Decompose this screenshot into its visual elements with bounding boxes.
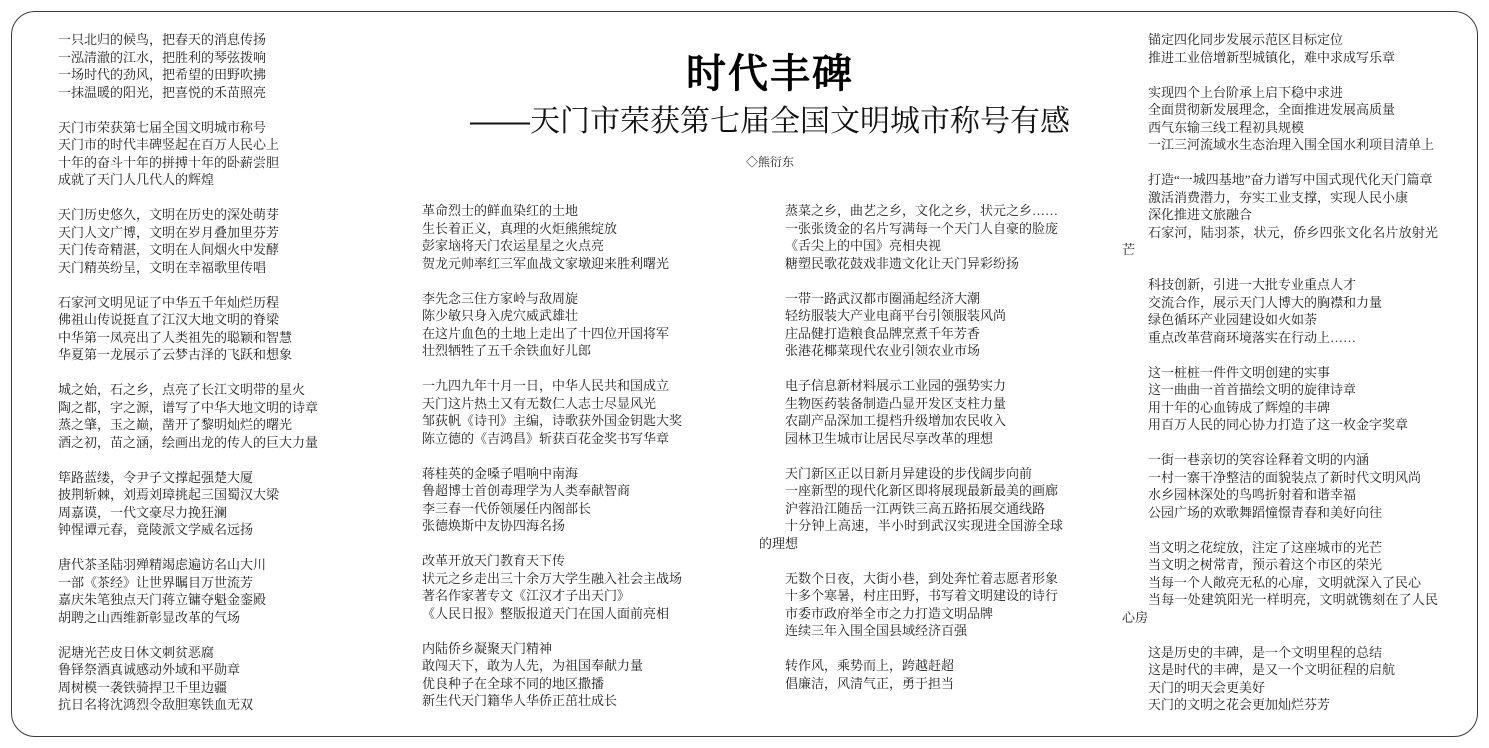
poem-line: 公园广场的欢歌舞蹈憧憬青春和美好向往 [1122, 504, 1438, 522]
poem-line: 一村一寨干净整洁的面貌装点了新时代文明风尚 [1122, 469, 1438, 487]
poem-line: 水乡园林深处的鸟鸣折射着和谐幸福 [1122, 486, 1438, 504]
poem-line: 天门的文明之花会更加灿烂芬芳 [1122, 696, 1438, 714]
poem-line: 当文明之花绽放，注定了这座城市的光芒 [1122, 539, 1438, 557]
stanza: 一带一路武汉都市圈涌起经济大潮轻纺服装大产业电商平台引领服装风尚庄品健打造粮食品… [759, 290, 1063, 360]
poem-line: 《舌尖上的中国》亮相央视 [759, 237, 1063, 255]
stanza: 锚定四化同步发展示范区目标定位推进工业倍增新型城镇化，难中求成写乐章 [1122, 31, 1438, 66]
poem-line: 新生代天门籍华人华侨正茁壮成长 [396, 692, 688, 710]
poem-line: 一部《茶经》让世界瞩目万世流芳 [32, 574, 328, 592]
poem-line: 园林卫生城市让居民尽享改革的理想 [759, 430, 1063, 448]
stanza: 科技创新，引进一大批专业重点人才交流合作，展示天门人博大的胸襟和力量绿色循环产业… [1122, 276, 1438, 346]
stanza: 电子信息新材料展示工业园的强势实力生物医药装备制造凸显开发区支柱力量农副产品深加… [759, 377, 1063, 447]
poem-line: 壮烈牺牲了五千余铁血好儿郎 [396, 342, 688, 360]
stanza: 无数个日夜，大街小巷，到处奔忙着志愿者形象十多个寒暑，村庄田野，书写着文明建设的… [759, 570, 1063, 640]
stanza: 天门市荣获第七届全国文明城市称号天门市的时代丰碑竖起在百万人民心上十年的奋斗十年… [32, 119, 328, 189]
stanza: 筚路蓝缕，令尹子文撑起强楚大厦披荆斩棘，刘焉刘璋挑起三国蜀汉大梁周嘉谟，一代文豪… [32, 469, 328, 539]
poem-subtitle: ——天门市荣获第七届全国文明城市称号有感 [415, 105, 1125, 140]
poem-line: 贺龙元帅率红三军血战文家墩迎来胜利曙光 [396, 255, 688, 273]
poem-line: 用百万人民的同心协力打造了这一枚金字奖章 [1122, 416, 1438, 434]
poem-line: 一泓清澈的江水，把胜利的琴弦拨响 [32, 49, 328, 67]
poem-line: 天门精英纷呈，文明在幸福歌里传唱 [32, 259, 328, 277]
poem-line: 这是历史的丰碑，是一个文明里程的总结 [1122, 644, 1438, 662]
poem-line: 天门新区正以日新月异建设的步伐阔步向前 [759, 465, 1063, 483]
poem-line: 庄品健打造粮食品牌烹煮千年芳香 [759, 325, 1063, 343]
poem-line: 农副产品深加工提档升级增加农民收入 [759, 412, 1063, 430]
stanza: 唐代茶圣陆羽殚精竭虑遍访名山大川一部《茶经》让世界瞩目万世流芳嘉庆朱笔独点天门蒋… [32, 556, 328, 626]
poem-line: 倡廉洁，风清气正，勇于担当 [759, 675, 1063, 693]
poem-line: 佛祖山传说挺直了江汉大地文明的脊梁 [32, 311, 328, 329]
poem-line: 十年的奋斗十年的拼搏十年的卧薪尝胆 [32, 154, 328, 172]
poem-line: 石家河，陆羽茶，状元，侨乡四张文化名片放射光芒 [1122, 224, 1438, 259]
poem-line: 《人民日报》整版报道天门在国人面前亮相 [396, 605, 688, 623]
poem-line: 天门市的时代丰碑竖起在百万人民心上 [32, 136, 328, 154]
poem-line: 天门人文广博，文明在岁月叠加里芬芳 [32, 224, 328, 242]
poem-header: 时代丰碑 ——天门市荣获第七届全国文明城市称号有感 ◇熊衍东 [415, 52, 1125, 170]
stanza: 泥塘光芒皮日休文刺贫恶腐鲁铎祭酒真诚感动外域和平勋章周树模一袭铁骑捍卫千里边疆抗… [32, 644, 328, 714]
stanza: 实现四个上台阶承上启下稳中求进全面贯彻新发展理念，全面推进发展高质量西气东输三线… [1122, 84, 1438, 154]
poem-line: 周树模一袭铁骑捍卫千里边疆 [32, 679, 328, 697]
poem-line: 无数个日夜，大街小巷，到处奔忙着志愿者形象 [759, 570, 1063, 588]
stanza: 蒸菜之乡，曲艺之乡，文化之乡，状元之乡……一张张烫金的名片写满每一个天门人自豪的… [759, 202, 1063, 272]
poem-line: 筚路蓝缕，令尹子文撑起强楚大厦 [32, 469, 328, 487]
stanza: 一九四九年十月一日，中华人民共和国成立天门这片热土又有无数仁人志士尽显风光邹荻帆… [396, 377, 688, 447]
poem-line: 城之始，石之乡，点亮了长江文明带的星火 [32, 381, 328, 399]
poem-line: 蒸菜之乡，曲艺之乡，文化之乡，状元之乡…… [759, 202, 1063, 220]
stanza: 当文明之花绽放，注定了这座城市的光芒当文明之树常青，预示着这个市区的荣光当每一个… [1122, 539, 1438, 627]
poem-line: 天门市荣获第七届全国文明城市称号 [32, 119, 328, 137]
poem-line: 李先念三住方家岭与敌周旋 [396, 290, 688, 308]
poem-line: 抗日名将沈鸿烈令敌胆寒铁血无双 [32, 696, 328, 714]
poem-line: 当每一个人敞亮无私的心扉，文明就深入了民心 [1122, 574, 1438, 592]
poem-line: 张港花椰菜现代农业引领农业市场 [759, 342, 1063, 360]
poem-line: 陈立德的《吉鸿昌》斩获百花金奖书写华章 [396, 430, 688, 448]
newspaper-poem-page: 时代丰碑 ——天门市荣获第七届全国文明城市称号有感 ◇熊衍东 一只北归的候鸟，把… [0, 0, 1489, 748]
poem-column-4: 锚定四化同步发展示范区目标定位推进工业倍增新型城镇化，难中求成写乐章实现四个上台… [1122, 31, 1438, 714]
poem-line: 一抹温暖的阳光，把喜悦的禾苗照亮 [32, 84, 328, 102]
poem-line: 蒋桂英的金嗓子唱响中南海 [396, 465, 688, 483]
poem-line: 糖塑民歌花鼓戏非遗文化让天门异彩纷扬 [759, 255, 1063, 273]
stanza: 一只北归的候鸟，把春天的消息传扬一泓清澈的江水，把胜利的琴弦拨响一场时代的劲风，… [32, 31, 328, 101]
poem-line: 连续三年入围全国县域经济百强 [759, 622, 1063, 640]
poem-author: ◇熊衍东 [415, 153, 1125, 170]
stanza: 李先念三住方家岭与敌周旋陈少敏只身入虎穴威武雄壮在这片血色的土地上走出了十四位开… [396, 290, 688, 360]
poem-line: 周嘉谟，一代文豪尽力挽狂澜 [32, 504, 328, 522]
poem-line: 一带一路武汉都市圈涌起经济大潮 [759, 290, 1063, 308]
poem-line: 市委市政府举全市之力打造文明品牌 [759, 605, 1063, 623]
stanza: 转作风，乘势而上，跨越赶超倡廉洁，风清气正，勇于担当 [759, 657, 1063, 692]
poem-column-1: 一只北归的候鸟，把春天的消息传扬一泓清澈的江水，把胜利的琴弦拨响一场时代的劲风，… [32, 31, 328, 714]
poem-line: 鲁超博士首创毒理学为人类奉献智商 [396, 482, 688, 500]
poem-line: 打造“一城四基地”奋力谱写中国式现代化天门篇章 [1122, 171, 1438, 189]
poem-line: 绿色循环产业园建设如火如荼 [1122, 311, 1438, 329]
stanza: 这是历史的丰碑，是一个文明里程的总结这是时代的丰碑，是又一个文明征程的启航天门的… [1122, 644, 1438, 714]
stanza: 天门历史悠久，文明在历史的深处萌芽天门人文广博，文明在岁月叠加里芬芳天门传奇精湛… [32, 206, 328, 276]
poem-line: 天门这片热土又有无数仁人志士尽显风光 [396, 395, 688, 413]
stanza: 改革开放天门教育天下传状元之乡走出三十余万大学生融入社会主战场著名作家著专文《江… [396, 552, 688, 622]
poem-line: 革命烈士的鲜血染红的土地 [396, 202, 688, 220]
poem-line: 一场时代的劲风，把希望的田野吹拂 [32, 66, 328, 84]
poem-line: 生长着正义，真理的火炬熊熊绽放 [396, 220, 688, 238]
poem-line: 在这片血色的土地上走出了十四位开国将军 [396, 325, 688, 343]
poem-line: 鲁铎祭酒真诚感动外域和平勋章 [32, 661, 328, 679]
stanza: 天门新区正以日新月异建设的步伐阔步向前一座新型的现代化新区即将展现最新最美的画廊… [759, 465, 1063, 553]
poem-line: 当文明之树常青，预示着这个市区的荣光 [1122, 556, 1438, 574]
poem-line: 科技创新，引进一大批专业重点人才 [1122, 276, 1438, 294]
poem-line: 钟惺谭元春，竟陵派文学威名远扬 [32, 521, 328, 539]
poem-line: 西气东输三线工程初具规模 [1122, 119, 1438, 137]
poem-line: 沪蓉沿江随岳一江两铁三高五路拓展交通线路 [759, 500, 1063, 518]
stanza: 打造“一城四基地”奋力谱写中国式现代化天门篇章激活消费潜力，夯实工业支撑，实现人… [1122, 171, 1438, 259]
poem-line: 一街一巷亲切的笑容诠释着文明的内涵 [1122, 451, 1438, 469]
poem-line: 天门历史悠久，文明在历史的深处萌芽 [32, 206, 328, 224]
poem-title: 时代丰碑 [415, 52, 1125, 96]
poem-line: 酒之初，苗之涵，绘画出龙的传人的巨大力量 [32, 434, 328, 452]
stanza: 这一桩桩一件件文明创建的实事这一曲曲一首首描绘文明的旋律诗章用十年的心血铸成了辉… [1122, 364, 1438, 434]
poem-line: 转作风，乘势而上，跨越赶超 [759, 657, 1063, 675]
stanza: 一街一巷亲切的笑容诠释着文明的内涵一村一寨干净整洁的面貌装点了新时代文明风尚水乡… [1122, 451, 1438, 521]
stanza: 革命烈士的鲜血染红的土地生长着正义，真理的火炬熊熊绽放彭家垴将天门农运星星之火点… [396, 202, 688, 272]
poem-line: 全面贯彻新发展理念，全面推进发展高质量 [1122, 101, 1438, 119]
poem-line: 华夏第一龙展示了云梦古泽的飞跃和想象 [32, 346, 328, 364]
poem-line: 电子信息新材料展示工业园的强势实力 [759, 377, 1063, 395]
poem-line: 重点改革营商环境落实在行动上…… [1122, 329, 1438, 347]
poem-line: 当每一处建筑阳光一样明亮，文明就镌刻在了人民心房 [1122, 591, 1438, 626]
poem-line: 内陆侨乡凝聚天门精神 [396, 640, 688, 658]
poem-line: 激活消费潜力，夯实工业支撑，实现人民小康 [1122, 189, 1438, 207]
poem-line: 用十年的心血铸成了辉煌的丰碑 [1122, 399, 1438, 417]
poem-line: 蒸之肇，玉之巅，凿开了黎明灿烂的曙光 [32, 416, 328, 434]
poem-line: 状元之乡走出三十余万大学生融入社会主战场 [396, 570, 688, 588]
poem-line: 陶之都，字之源，谱写了中华大地文明的诗章 [32, 399, 328, 417]
poem-line: 这一桩桩一件件文明创建的实事 [1122, 364, 1438, 382]
poem-line: 中华第一凤亮出了人类祖先的聪颖和智慧 [32, 329, 328, 347]
poem-line: 邹荻帆《诗刊》主编，诗歌获外国金钥匙大奖 [396, 412, 688, 430]
poem-line: 敢闯天下，敢为人先，为祖国奉献力量 [396, 657, 688, 675]
stanza: 内陆侨乡凝聚天门精神敢闯天下，敢为人先，为祖国奉献力量优良种子在全球不同的地区撒… [396, 640, 688, 710]
poem-line: 天门传奇精湛，文明在人间烟火中发酵 [32, 241, 328, 259]
poem-line: 十多个寒暑，村庄田野，书写着文明建设的诗行 [759, 587, 1063, 605]
poem-line: 十分钟上高速，半小时到武汉实现进全国游全球的理想 [759, 517, 1063, 552]
poem-line: 生物医药装备制造凸显开发区支柱力量 [759, 395, 1063, 413]
poem-line: 成就了天门人几代人的辉煌 [32, 171, 328, 189]
poem-line: 一座新型的现代化新区即将展现最新最美的画廊 [759, 482, 1063, 500]
poem-line: 交流合作，展示天门人博大的胸襟和力量 [1122, 294, 1438, 312]
poem-line: 唐代茶圣陆羽殚精竭虑遍访名山大川 [32, 556, 328, 574]
poem-line: 轻纺服装大产业电商平台引领服装风尚 [759, 307, 1063, 325]
poem-line: 改革开放天门教育天下传 [396, 552, 688, 570]
poem-line: 著名作家著专文《江汉才子出天门》 [396, 587, 688, 605]
poem-line: 一九四九年十月一日，中华人民共和国成立 [396, 377, 688, 395]
stanza: 城之始，石之乡，点亮了长江文明带的星火陶之都，字之源，谱写了中华大地文明的诗章蒸… [32, 381, 328, 451]
poem-line: 这是时代的丰碑，是又一个文明征程的启航 [1122, 661, 1438, 679]
poem-line: 一江三河流域水生态治理入围全国水利项目清单上 [1122, 136, 1438, 154]
poem-line: 陈少敏只身入虎穴威武雄壮 [396, 307, 688, 325]
poem-line: 推进工业倍增新型城镇化，难中求成写乐章 [1122, 49, 1438, 67]
poem-line: 嘉庆朱笔独点天门蒋立镛夺魁金銮殿 [32, 591, 328, 609]
poem-line: 优良种子在全球不同的地区撒播 [396, 675, 688, 693]
poem-line: 深化推进文旅融合 [1122, 206, 1438, 224]
poem-line: 这一曲曲一首首描绘文明的旋律诗章 [1122, 381, 1438, 399]
poem-line: 李三春一代侨领屡任内阁部长 [396, 500, 688, 518]
poem-line: 披荆斩棘，刘焉刘璋挑起三国蜀汉大梁 [32, 486, 328, 504]
poem-line: 一张张烫金的名片写满每一个天门人自豪的脸庞 [759, 220, 1063, 238]
poem-column-2: 革命烈士的鲜血染红的土地生长着正义，真理的火炬熊熊绽放彭家垴将天门农运星星之火点… [396, 202, 688, 710]
poem-line: 一只北归的候鸟，把春天的消息传扬 [32, 31, 328, 49]
stanza: 石家河文明见证了中华五千年灿烂历程佛祖山传说挺直了江汉大地文明的脊梁中华第一凤亮… [32, 294, 328, 364]
poem-line: 张德焕斯中友协四海名扬 [396, 517, 688, 535]
stanza: 蒋桂英的金嗓子唱响中南海鲁超博士首创毒理学为人类奉献智商李三春一代侨领屡任内阁部… [396, 465, 688, 535]
poem-line: 石家河文明见证了中华五千年灿烂历程 [32, 294, 328, 312]
poem-line: 天门的明天会更美好 [1122, 679, 1438, 697]
poem-line: 胡聘之山西维新彰显改革的气场 [32, 609, 328, 627]
poem-line: 彭家垴将天门农运星星之火点亮 [396, 237, 688, 255]
poem-line: 锚定四化同步发展示范区目标定位 [1122, 31, 1438, 49]
poem-line: 泥塘光芒皮日休文刺贫恶腐 [32, 644, 328, 662]
poem-line: 实现四个上台阶承上启下稳中求进 [1122, 84, 1438, 102]
poem-column-3: 蒸菜之乡，曲艺之乡，文化之乡，状元之乡……一张张烫金的名片写满每一个天门人自豪的… [759, 202, 1063, 692]
